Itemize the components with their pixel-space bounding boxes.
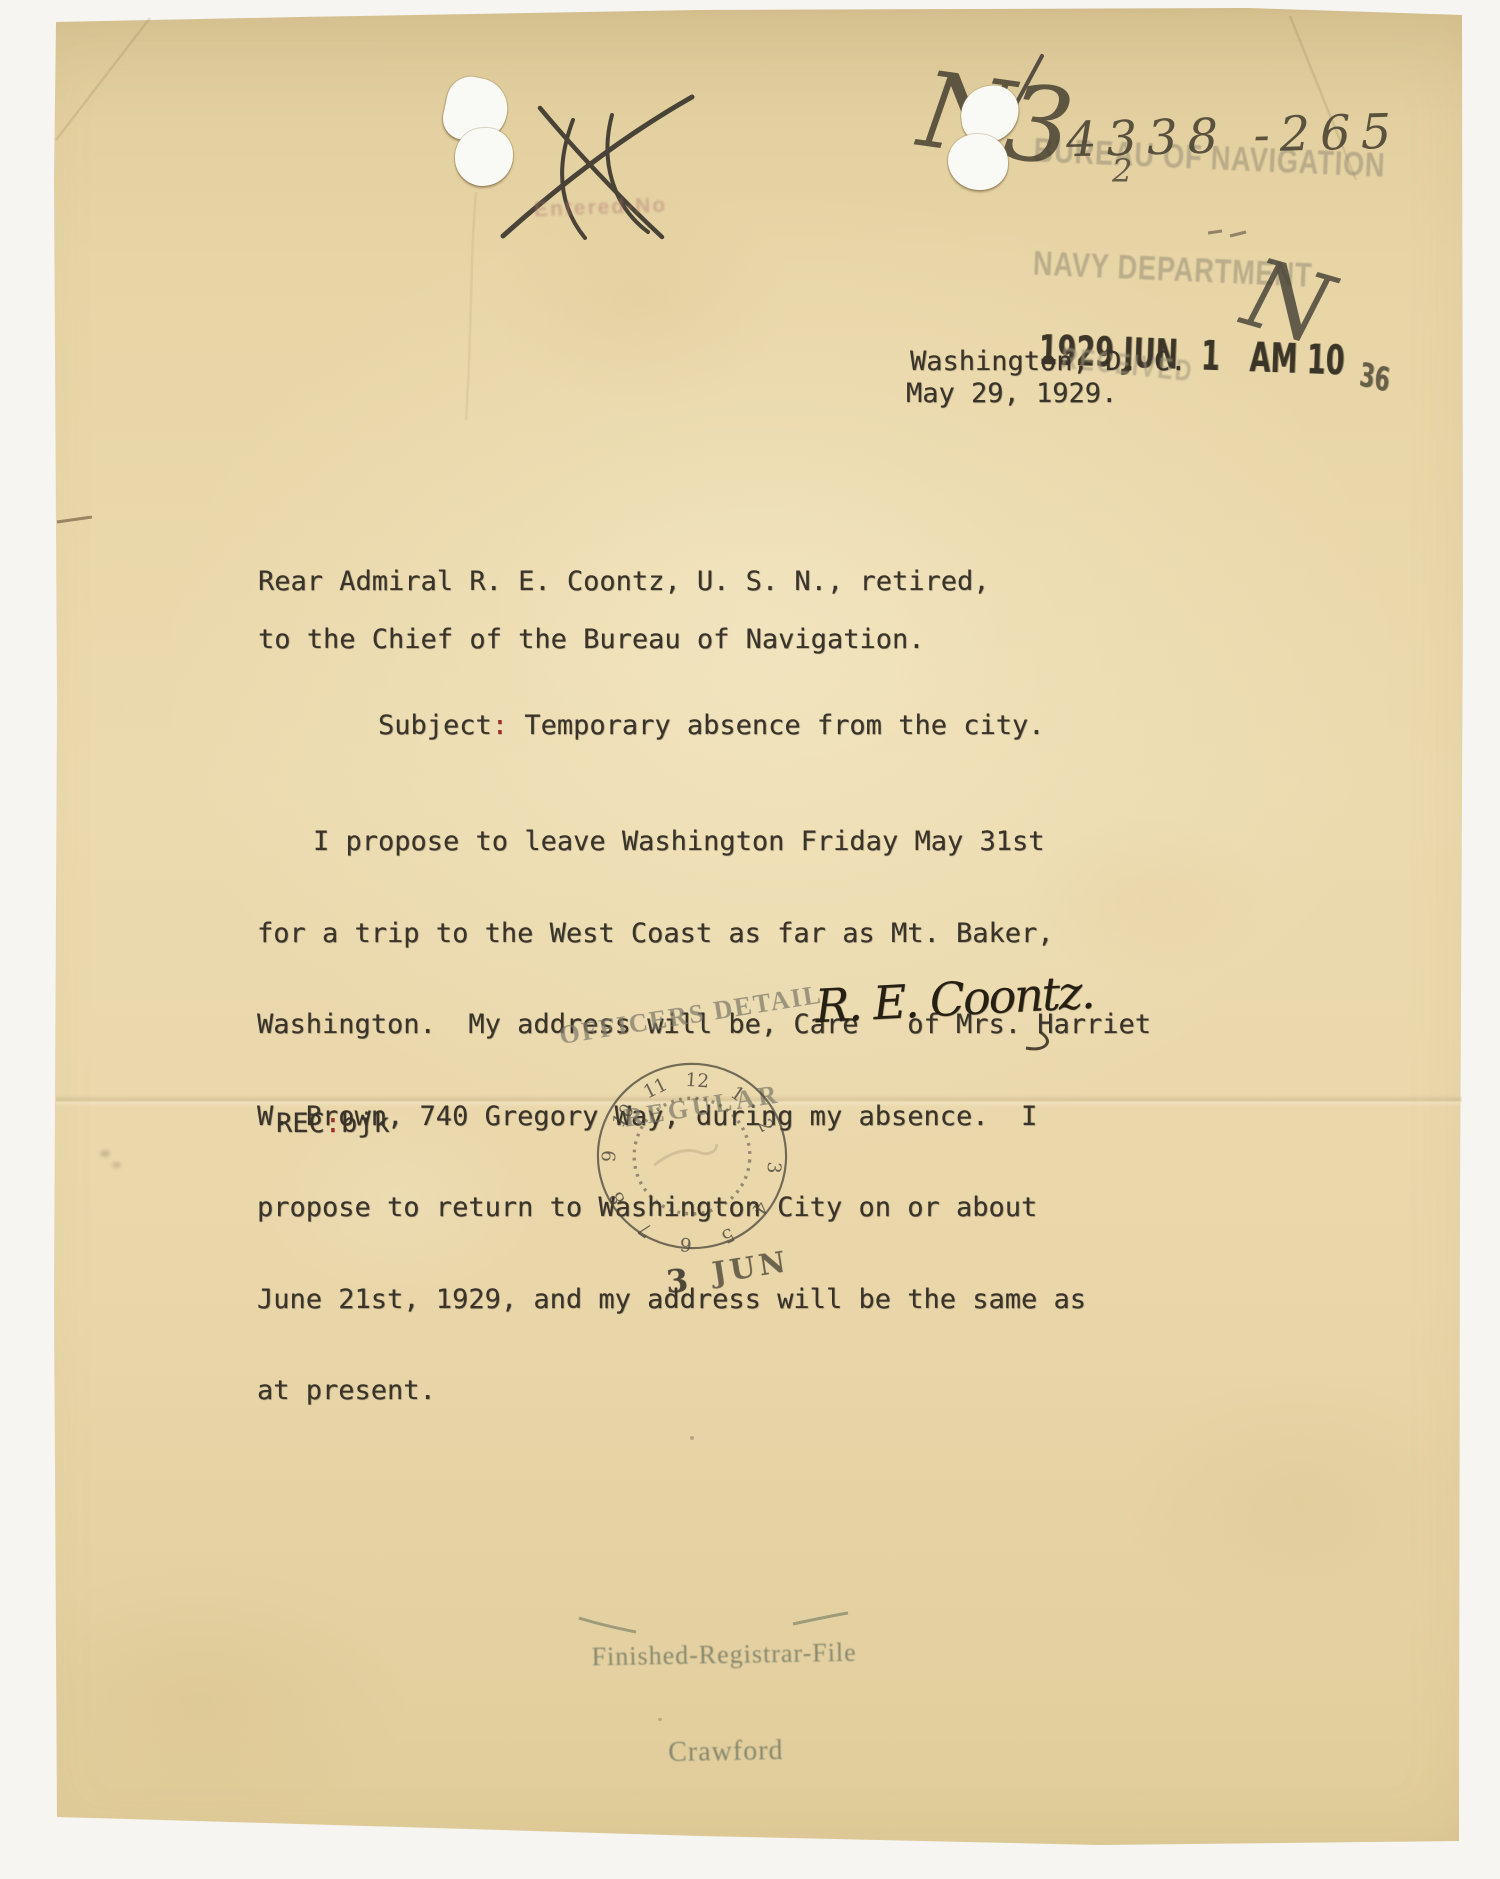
scanned-letter-page: BUREAU OF NAVIGATION NAVY DEPARTMENT N3 … bbox=[0, 0, 1500, 1879]
officers-detail-line1: OFFICERS DETAIL bbox=[557, 981, 818, 1051]
body-line: propose to return to Washington City on … bbox=[257, 1193, 1151, 1224]
ink-smudge bbox=[100, 1150, 110, 1157]
finished-registrar-line1: Finished-Registrar-File bbox=[559, 1637, 889, 1673]
body-line: June 21st, 1929, and my address will be … bbox=[257, 1285, 1151, 1316]
subject-line: Subject: Temporary absence from the city… bbox=[378, 710, 1045, 741]
paper-speck bbox=[690, 1436, 694, 1440]
typist-reference-initials: bjk bbox=[341, 1108, 390, 1139]
dateline-city: Washington, D. C. bbox=[910, 346, 1186, 377]
subject-text: Temporary absence from the city. bbox=[508, 710, 1044, 741]
body-line: at present. bbox=[257, 1376, 1151, 1407]
dateline-date: May 29, 1929. bbox=[906, 378, 1117, 409]
punch-hole-tear bbox=[948, 134, 1008, 190]
body-line: I propose to leave Washington Friday May… bbox=[257, 827, 1151, 858]
date-stamp-minute: 36 bbox=[1358, 355, 1392, 400]
addressee-line-1: Rear Admiral R. E. Coontz, U. S. N., ret… bbox=[258, 566, 990, 597]
subject-label: Subject bbox=[378, 710, 492, 741]
officers-detail-line2: REGULAR bbox=[572, 1071, 833, 1141]
officers-detail-stamp: OFFICERS DETAIL REGULAR bbox=[548, 921, 843, 1201]
finished-registrar-line2: Crawford bbox=[561, 1733, 892, 1771]
typist-reference-colon: : bbox=[325, 1108, 341, 1139]
subject-colon: : bbox=[492, 710, 508, 741]
typist-reference: REC:bjk bbox=[276, 1108, 390, 1139]
date-day-stamp: 3 bbox=[665, 1261, 690, 1300]
addressee-line-2: to the Chief of the Bureau of Navigation… bbox=[258, 624, 924, 655]
entered-number-stamp: Entered-No bbox=[534, 194, 668, 223]
typist-reference-label: REC bbox=[276, 1108, 325, 1139]
finished-registrar-stamp: Finished-Registrar-File Crawford bbox=[558, 1577, 892, 1831]
ink-smudge bbox=[112, 1162, 121, 1168]
